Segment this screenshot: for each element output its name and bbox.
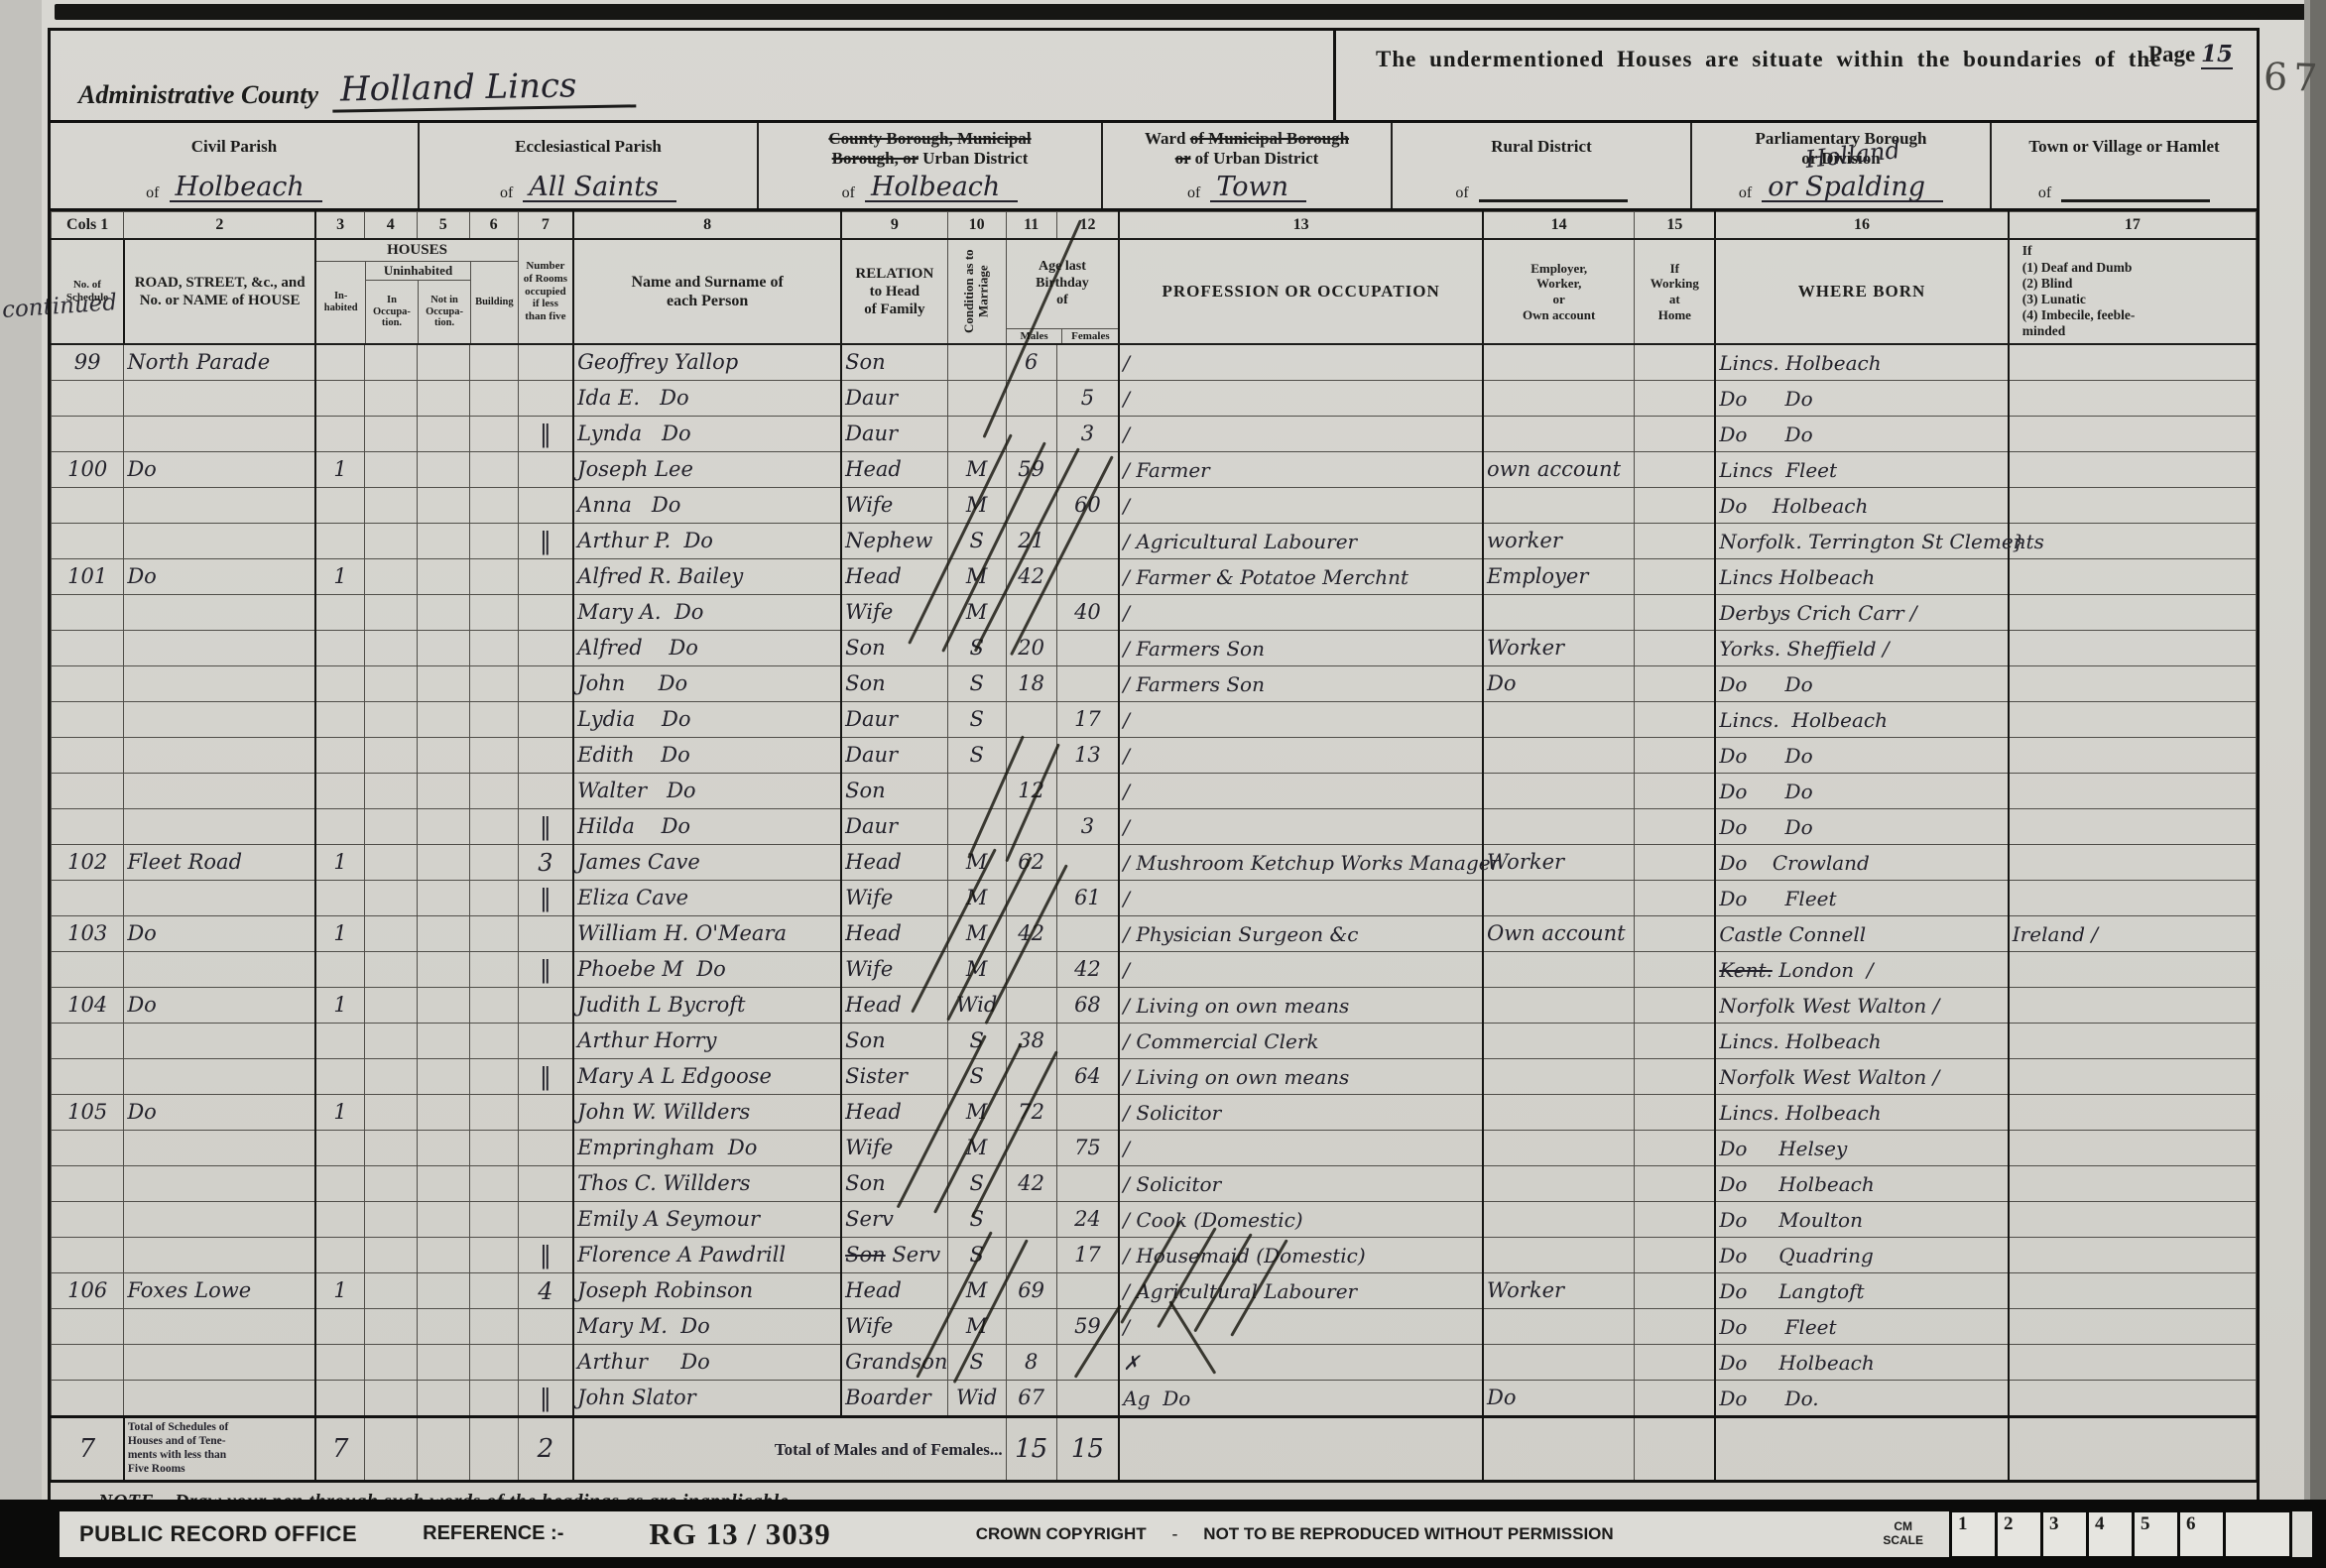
census-cell xyxy=(417,417,469,452)
census-row: 104Do1Judith L BycroftHeadWid68/ Living … xyxy=(52,988,2257,1024)
ecclesiastical-parish-title: Ecclesiastical Parish xyxy=(420,129,757,157)
census-cell xyxy=(417,344,469,381)
ecclesiastical-parish-value-line: of All Saints xyxy=(420,174,757,202)
census-cell xyxy=(124,1238,316,1273)
town-village-title: Town or Village or Hamlet xyxy=(1992,129,2257,157)
census-cell: Yorks. Sheffield / xyxy=(1715,631,2008,666)
census-cell xyxy=(315,774,364,809)
census-row: Alfred DoSonS20/ Farmers SonWorkerYorks.… xyxy=(52,631,2257,666)
census-cell xyxy=(364,381,417,417)
urban-district-title: County Borough, Municipal Borough, or Ur… xyxy=(759,129,1101,168)
census-cell xyxy=(315,666,364,702)
census-cell xyxy=(1483,1238,1635,1273)
census-cell: Son xyxy=(841,666,947,702)
census-cell xyxy=(518,1345,573,1381)
census-cell xyxy=(2009,595,2257,631)
census-cell xyxy=(315,1131,364,1166)
cm-scale-tick: 6 xyxy=(2180,1512,2226,1556)
census-cell xyxy=(52,881,124,916)
census-row: Ida E. DoDaur5/Do Do xyxy=(52,381,2257,417)
census-cell xyxy=(469,559,518,595)
census-cell xyxy=(1635,1309,1716,1345)
parish-band: Civil Parish of Holbeach Ecclesiastical … xyxy=(51,123,2257,211)
census-cell: Head xyxy=(841,916,947,952)
census-cell xyxy=(1483,1309,1635,1345)
census-cell xyxy=(417,1059,469,1095)
census-cell xyxy=(469,881,518,916)
census-cell xyxy=(469,381,518,417)
footer-office: PUBLIC RECORD OFFICE xyxy=(79,1521,357,1547)
census-cell xyxy=(518,595,573,631)
census-cell: 5 xyxy=(1056,381,1119,417)
census-cell xyxy=(469,1202,518,1238)
census-cell xyxy=(1635,774,1716,809)
census-cell xyxy=(1635,1131,1716,1166)
census-row: ‖Phoebe M DoWifeM42/Kent. London / xyxy=(52,952,2257,988)
header-houses: HOUSES xyxy=(316,240,517,262)
census-cell xyxy=(469,1095,518,1131)
census-cell xyxy=(364,631,417,666)
census-row: 105Do1John W. WilldersHeadM72/ Solicitor… xyxy=(52,1095,2257,1131)
census-cell: Do Holbeach xyxy=(1715,1166,2008,1202)
header-home: If Working at Home xyxy=(1638,261,1711,322)
census-cell xyxy=(518,381,573,417)
census-row: ‖Lynda DoDaur3/Do Do xyxy=(52,417,2257,452)
census-cell xyxy=(469,952,518,988)
census-cell xyxy=(315,631,364,666)
census-cell: Lincs Holbeach xyxy=(1715,559,2008,595)
census-cell xyxy=(364,524,417,559)
census-cell xyxy=(364,452,417,488)
census-row: 102Fleet Road13James CaveHeadM62/ Mushro… xyxy=(52,845,2257,881)
census-cell xyxy=(124,417,316,452)
column-number: 11 xyxy=(1006,212,1056,240)
census-cell xyxy=(124,631,316,666)
census-cell: Hilda Do xyxy=(573,809,841,845)
census-cell xyxy=(1006,381,1056,417)
census-cell: Mary A. Do xyxy=(573,595,841,631)
census-cell xyxy=(52,631,124,666)
census-cell xyxy=(2009,631,2257,666)
census-row: Thos C. WilldersSonS42/ SolicitorDo Holb… xyxy=(52,1166,2257,1202)
census-cell: Mary M. Do xyxy=(573,1309,841,1345)
census-cell: Son xyxy=(841,631,947,666)
census-cell xyxy=(124,1381,316,1417)
census-cell xyxy=(1635,845,1716,881)
census-cell: / Agricultural Labourer xyxy=(1119,524,1483,559)
census-cell xyxy=(52,1202,124,1238)
header-houses-group: HOUSES In- habited Uninhabited In Occupa… xyxy=(315,239,518,344)
census-cell xyxy=(124,809,316,845)
census-cell: Wife xyxy=(841,881,947,916)
census-cell xyxy=(1483,595,1635,631)
of-label: of xyxy=(500,184,513,202)
census-cell: / xyxy=(1119,488,1483,524)
census-cell: / xyxy=(1119,381,1483,417)
census-cell xyxy=(2009,881,2257,916)
census-cell: 68 xyxy=(1056,988,1119,1024)
ward-value-line: of Town xyxy=(1103,174,1391,202)
census-cell xyxy=(124,1202,316,1238)
column-number: 13 xyxy=(1119,212,1483,240)
census-cell: / Physician Surgeon &c xyxy=(1119,916,1483,952)
census-cell xyxy=(1056,845,1119,881)
census-cell: S xyxy=(947,666,1006,702)
census-cell xyxy=(315,1345,364,1381)
census-cell xyxy=(52,1024,124,1059)
census-cell xyxy=(469,1273,518,1309)
civil-parish-value-line: of Holbeach xyxy=(51,174,418,202)
admin-county-box: Administrative County Holland Lincs xyxy=(51,31,1336,120)
column-number: 9 xyxy=(841,212,947,240)
census-cell xyxy=(124,774,316,809)
column-number: 8 xyxy=(573,212,841,240)
census-cell: 1 xyxy=(315,452,364,488)
census-cell xyxy=(364,1059,417,1095)
rural-district-value-line: of xyxy=(1393,184,1690,202)
census-cell xyxy=(2009,1309,2257,1345)
census-cell: / Commercial Clerk xyxy=(1119,1024,1483,1059)
census-cell xyxy=(52,1131,124,1166)
census-cell xyxy=(1635,631,1716,666)
census-cell xyxy=(1483,738,1635,774)
census-cell: Daur xyxy=(841,702,947,738)
census-cell: ‖ xyxy=(518,417,573,452)
census-cell xyxy=(2009,738,2257,774)
census-cell xyxy=(518,916,573,952)
census-cell xyxy=(1635,1024,1716,1059)
census-cell: Do Do. xyxy=(1715,1381,2008,1417)
totals-females: 15 xyxy=(1056,1417,1119,1482)
census-cell xyxy=(2009,988,2257,1024)
census-cell: 69 xyxy=(1006,1273,1056,1309)
census-cell: S xyxy=(947,702,1006,738)
census-cell xyxy=(1483,702,1635,738)
census-cell: Head xyxy=(841,845,947,881)
census-cell xyxy=(469,344,518,381)
census-cell xyxy=(124,666,316,702)
census-cell: / xyxy=(1119,417,1483,452)
header-in-occupation: In Occupa- tion. xyxy=(366,281,419,343)
census-cell xyxy=(1056,524,1119,559)
census-cell: Do xyxy=(124,988,316,1024)
census-cell xyxy=(518,452,573,488)
column-numbers-row: Cols 1234567891011121314151617 xyxy=(52,212,2257,240)
census-cell xyxy=(2009,702,2257,738)
scan-edge-left xyxy=(0,0,42,1568)
census-cell: / xyxy=(1119,702,1483,738)
census-cell xyxy=(52,774,124,809)
census-cell: / Farmer xyxy=(1119,452,1483,488)
census-cell xyxy=(315,1309,364,1345)
census-cell: / xyxy=(1119,1131,1483,1166)
census-cell xyxy=(1483,1024,1635,1059)
census-cell xyxy=(518,702,573,738)
census-cell xyxy=(364,774,417,809)
census-cell xyxy=(364,559,417,595)
column-number: 16 xyxy=(1715,212,2008,240)
census-cell: ✗ xyxy=(1119,1345,1483,1381)
of-label: of xyxy=(2038,184,2051,202)
civil-parish-box: Civil Parish of Holbeach xyxy=(51,123,420,208)
census-cell xyxy=(2009,559,2257,595)
footer-reference-number: RG 13 / 3039 xyxy=(649,1516,830,1552)
admin-band-right: The undermentioned Houses are situate wi… xyxy=(1336,31,2257,120)
census-cell xyxy=(2009,344,2257,381)
census-cell: Fleet Road xyxy=(124,845,316,881)
census-cell: worker xyxy=(1483,524,1635,559)
census-cell xyxy=(364,666,417,702)
census-cell: Nephew xyxy=(841,524,947,559)
header-relation: RELATION to Head of Family xyxy=(845,265,943,318)
census-cell xyxy=(1056,1273,1119,1309)
census-cell xyxy=(417,774,469,809)
census-cell xyxy=(469,488,518,524)
footer-dash: - xyxy=(1172,1524,1178,1544)
census-scan-page: continued 67 Administrative County Holla… xyxy=(0,0,2326,1568)
census-cell xyxy=(2009,809,2257,845)
census-cell xyxy=(1635,952,1716,988)
census-cell xyxy=(518,1202,573,1238)
census-cell: Do Holbeach xyxy=(1715,1345,2008,1381)
census-cell: Do xyxy=(124,916,316,952)
census-cell xyxy=(2009,452,2257,488)
census-cell: Employer xyxy=(1483,559,1635,595)
census-cell xyxy=(1483,381,1635,417)
census-cell: Do Langtoft xyxy=(1715,1273,2008,1309)
census-cell xyxy=(2009,488,2257,524)
footer-copyright: CROWN COPYRIGHT xyxy=(976,1524,1147,1544)
census-cell: 3 xyxy=(1056,809,1119,845)
header-occupation: PROFESSION OR OCCUPATION xyxy=(1163,282,1440,301)
census-cell: Do Helsey xyxy=(1715,1131,2008,1166)
census-cell: Do xyxy=(124,452,316,488)
header-uninhabited: Uninhabited xyxy=(366,262,470,281)
census-cell xyxy=(417,1238,469,1273)
census-cell: Daur xyxy=(841,417,947,452)
census-cell xyxy=(469,417,518,452)
census-row: ‖Eliza CaveWifeM61/Do Fleet xyxy=(52,881,2257,916)
census-cell xyxy=(469,916,518,952)
census-cell xyxy=(2009,1202,2257,1238)
ward-value: Town xyxy=(1210,174,1306,202)
census-cell xyxy=(469,452,518,488)
census-cell: Arthur P. Do xyxy=(573,524,841,559)
census-cell xyxy=(469,1024,518,1059)
parliamentary-value-line: of or Spalding xyxy=(1692,174,1990,202)
census-cell: ‖ xyxy=(518,1381,573,1417)
census-cell: 102 xyxy=(52,845,124,881)
census-cell: / xyxy=(1119,809,1483,845)
census-cell: 4 xyxy=(518,1273,573,1309)
census-cell: 40 xyxy=(1056,595,1119,631)
census-cell xyxy=(52,738,124,774)
census-cell: / xyxy=(1119,774,1483,809)
census-cell: Wid xyxy=(947,1381,1006,1417)
page-label: Page xyxy=(2148,42,2195,66)
census-cell xyxy=(315,1202,364,1238)
admin-county-label: Administrative County xyxy=(78,80,318,110)
census-cell xyxy=(518,774,573,809)
census-cell: / Farmers Son xyxy=(1119,631,1483,666)
census-cell: Do Quadring xyxy=(1715,1238,2008,1273)
census-cell: Wife xyxy=(841,488,947,524)
census-cell xyxy=(469,1166,518,1202)
census-table: Cols 1234567891011121314151617 No. of Sc… xyxy=(51,211,2257,1483)
cm-scale-tick: 5 xyxy=(2135,1512,2180,1556)
census-cell: Do xyxy=(124,559,316,595)
cm-scale-tick: 4 xyxy=(2089,1512,2135,1556)
census-cell xyxy=(124,952,316,988)
footer-permission: NOT TO BE REPRODUCED WITHOUT PERMISSION xyxy=(1203,1524,1613,1544)
census-cell: / Living on own means xyxy=(1119,988,1483,1024)
census-row: 103Do1William H. O'MearaHeadM42/ Physici… xyxy=(52,916,2257,952)
census-cell xyxy=(124,488,316,524)
cm-scale-tick: 2 xyxy=(1998,1512,2043,1556)
totals-row: 7 Total of Schedules of Houses and of Te… xyxy=(52,1417,2257,1482)
census-cell xyxy=(417,916,469,952)
census-cell xyxy=(947,344,1006,381)
census-cell xyxy=(364,1381,417,1417)
census-cell xyxy=(315,595,364,631)
census-row: John DoSonS18/ Farmers SonDoDo Do xyxy=(52,666,2257,702)
census-cell xyxy=(52,595,124,631)
census-cell xyxy=(469,1381,518,1417)
census-cell: / Farmer & Potatoe Merchnt xyxy=(1119,559,1483,595)
column-number: 14 xyxy=(1483,212,1635,240)
cm-scale-tick: 3 xyxy=(2043,1512,2089,1556)
census-cell xyxy=(469,666,518,702)
census-cell xyxy=(52,952,124,988)
column-number: 7 xyxy=(518,212,573,240)
census-cell xyxy=(1056,666,1119,702)
census-cell xyxy=(1635,702,1716,738)
census-cell xyxy=(2009,666,2257,702)
header-schedule: No. of Schedule xyxy=(55,279,120,303)
census-cell xyxy=(1635,1095,1716,1131)
census-cell xyxy=(52,1059,124,1095)
header-born: WHERE BORN xyxy=(1798,282,1926,301)
column-number: 2 xyxy=(124,212,316,240)
census-cell xyxy=(469,738,518,774)
census-cell xyxy=(2009,1273,2257,1309)
census-cell xyxy=(124,1059,316,1095)
census-cell: 3 xyxy=(1056,417,1119,452)
census-cell xyxy=(947,417,1006,452)
census-cell: Boarder xyxy=(841,1381,947,1417)
census-cell xyxy=(1006,1202,1056,1238)
census-row: Edith DoDaurS13/Do Do xyxy=(52,738,2257,774)
footer-strip: PUBLIC RECORD OFFICE REFERENCE :- RG 13 … xyxy=(60,1511,2312,1557)
census-cell: Do Fleet xyxy=(1715,881,2008,916)
census-row: ‖Hilda DoDaur3/Do Do xyxy=(52,809,2257,845)
cm-scale-tick xyxy=(2226,1512,2289,1556)
census-row: 106Foxes Lowe14Joseph RobinsonHeadM69/ A… xyxy=(52,1273,2257,1309)
census-cell: / xyxy=(1119,344,1483,381)
census-cell xyxy=(1056,559,1119,595)
census-cell xyxy=(417,738,469,774)
totals-males: 15 xyxy=(1006,1417,1056,1482)
title-text: Urban District xyxy=(922,149,1028,168)
census-cell xyxy=(364,344,417,381)
census-cell xyxy=(518,1166,573,1202)
census-cell xyxy=(1635,417,1716,452)
census-cell xyxy=(1635,738,1716,774)
census-cell: Phoebe M Do xyxy=(573,952,841,988)
census-cell xyxy=(364,988,417,1024)
census-cell xyxy=(364,595,417,631)
census-cell xyxy=(1483,1166,1635,1202)
cm-scale-ruler: 123456 xyxy=(1949,1509,2292,1559)
census-cell: Emily A Seymour xyxy=(573,1202,841,1238)
ecclesiastical-parish-box: Ecclesiastical Parish of All Saints xyxy=(420,123,759,208)
census-cell xyxy=(52,1381,124,1417)
census-cell xyxy=(364,809,417,845)
header-condition: Condition as to Marriage xyxy=(962,244,991,339)
census-cell: M xyxy=(947,1131,1006,1166)
census-cell: Arthur Horry xyxy=(573,1024,841,1059)
census-cell: 13 xyxy=(1056,738,1119,774)
census-cell xyxy=(518,1024,573,1059)
scan-edge-right xyxy=(2310,0,2326,1568)
civil-parish-value: Holbeach xyxy=(170,174,322,202)
census-cell xyxy=(124,381,316,417)
struck-text: of Municipal Borough xyxy=(1190,129,1349,148)
census-cell: Geoffrey Yallop xyxy=(573,344,841,381)
census-cell: ‖ xyxy=(518,1059,573,1095)
census-cell xyxy=(1006,417,1056,452)
census-cell xyxy=(315,738,364,774)
census-cell xyxy=(1056,1345,1119,1381)
census-cell xyxy=(1635,1273,1716,1309)
census-cell xyxy=(1635,916,1716,952)
census-cell: 106 xyxy=(52,1273,124,1309)
census-cell: / Mushroom Ketchup Works Manager xyxy=(1119,845,1483,881)
census-cell: Walter Do xyxy=(573,774,841,809)
census-cell: S xyxy=(947,738,1006,774)
census-row: Emily A SeymourServS24/ Cook (Domestic)D… xyxy=(52,1202,2257,1238)
census-cell: Do Do xyxy=(1715,417,2008,452)
census-cell xyxy=(315,488,364,524)
census-cell xyxy=(2009,1059,2257,1095)
census-cell: Do xyxy=(1483,666,1635,702)
census-cell xyxy=(417,452,469,488)
census-cell xyxy=(364,916,417,952)
footer-scale-label: CM SCALE xyxy=(1883,1520,1923,1546)
census-cell xyxy=(1635,381,1716,417)
census-cell: Edith Do xyxy=(573,738,841,774)
census-cell xyxy=(1483,488,1635,524)
census-cell: 1 xyxy=(315,988,364,1024)
census-cell: own account xyxy=(1483,452,1635,488)
census-cell xyxy=(1483,881,1635,916)
census-cell xyxy=(1635,1381,1716,1417)
table-header: Cols 1234567891011121314151617 No. of Sc… xyxy=(52,212,2257,345)
census-cell: Do Do xyxy=(1715,738,2008,774)
census-cell xyxy=(52,488,124,524)
parliamentary-borough-box: Parliamentary Borough or Division Hollan… xyxy=(1692,123,1992,208)
census-cell xyxy=(1635,595,1716,631)
census-cell: Norfolk West Walton / xyxy=(1715,1059,2008,1095)
census-form: Administrative County Holland Lincs The … xyxy=(48,28,2260,1523)
census-cell xyxy=(469,774,518,809)
census-cell xyxy=(364,1309,417,1345)
census-cell xyxy=(417,1131,469,1166)
census-row: ‖John SlatorBoarderWid67Ag DoDoDo Do. xyxy=(52,1381,2257,1417)
census-cell: Head xyxy=(841,559,947,595)
census-cell: 62 xyxy=(1006,845,1056,881)
census-cell: Do xyxy=(124,1095,316,1131)
